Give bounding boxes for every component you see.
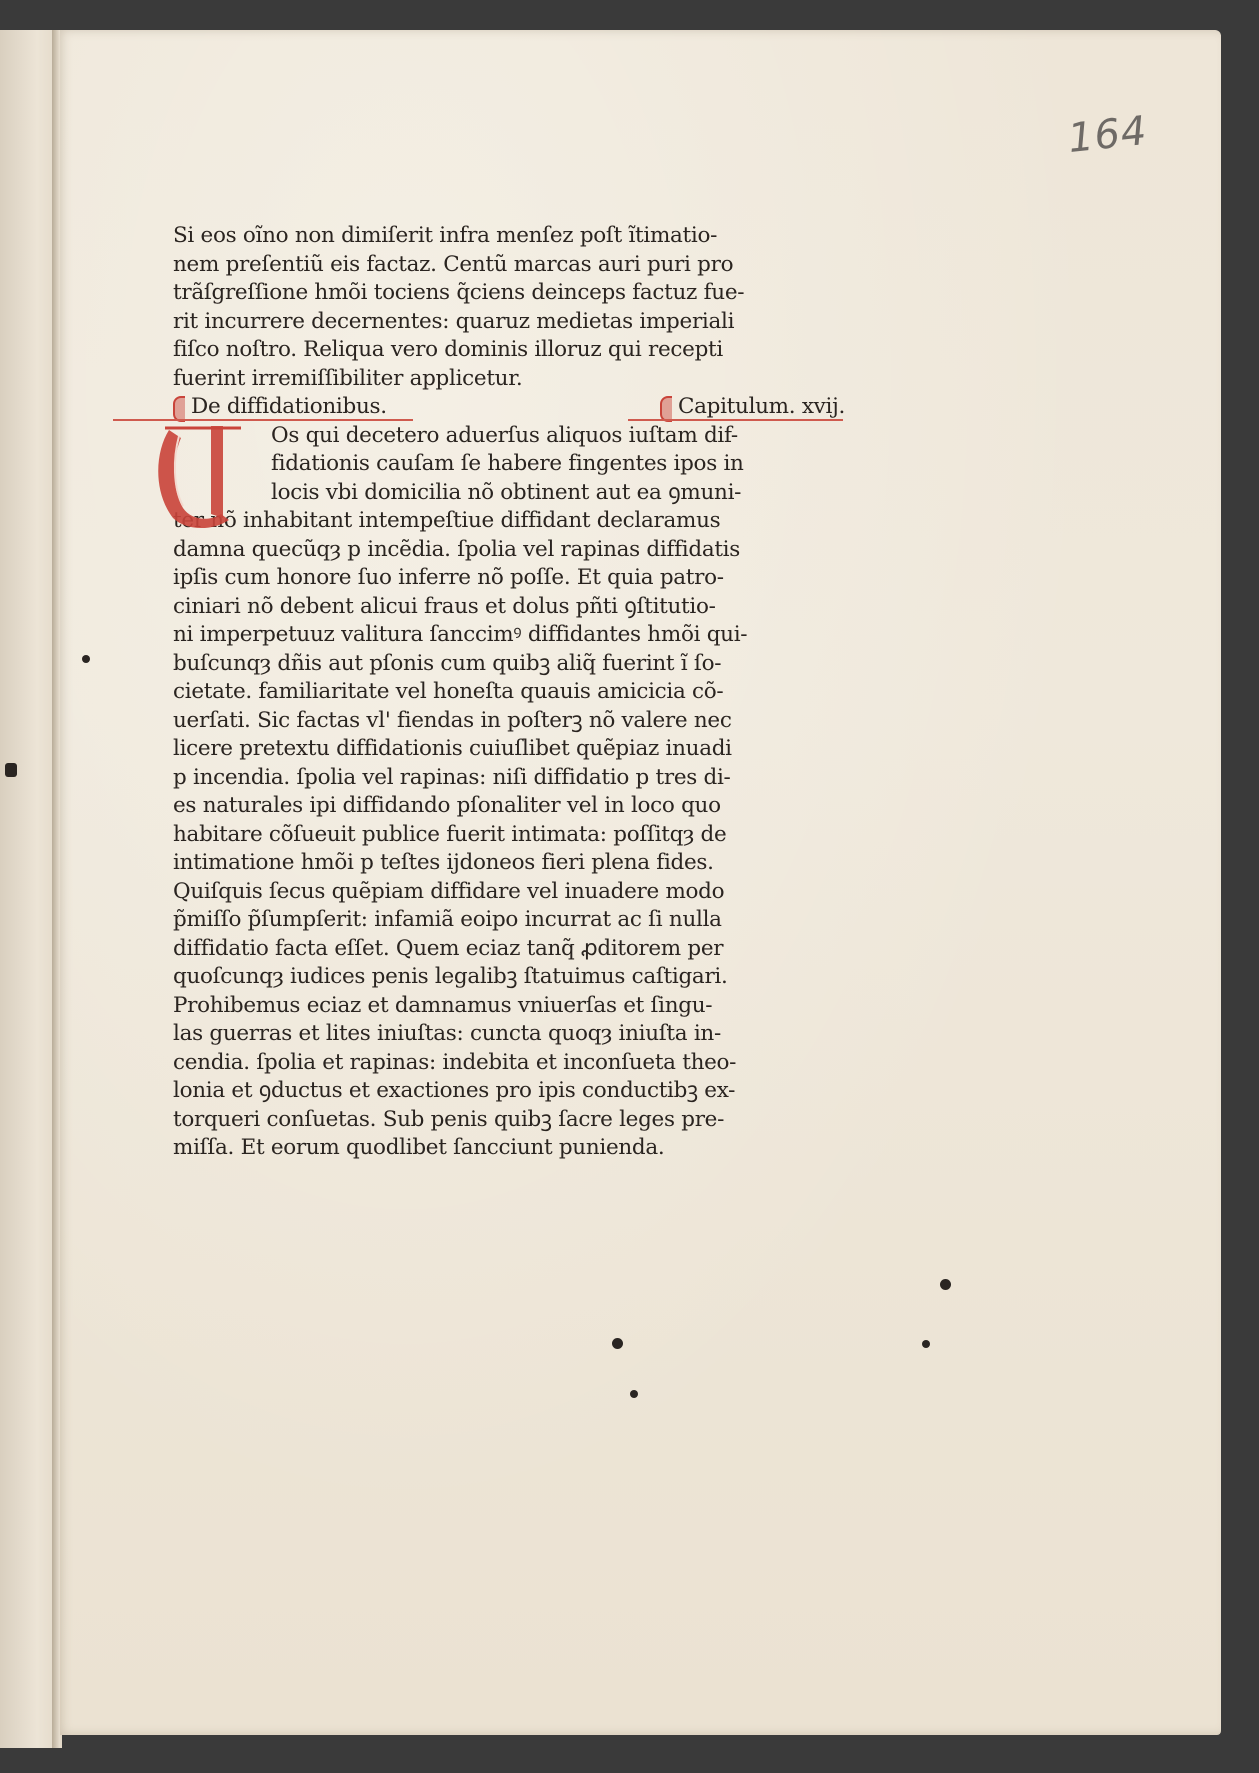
text-line: trãſgreſſione hmõi tociens q̃ciens deinc… [173, 279, 845, 308]
heading-text: De diffidationibus. [191, 394, 387, 419]
ink-speck [5, 763, 17, 777]
text-line: miſſa. Et eorum quodlibet ſancciunt puni… [173, 1134, 845, 1163]
text-line: Prohibemus eciaz et damnamus vniuerſas e… [173, 992, 845, 1021]
text-line: intimatione hmõi p teſtes ijdoneos fieri… [173, 849, 845, 878]
text-line: locis vbi domicilia nõ obtinent aut ea ꝯ… [173, 479, 845, 508]
gutter-fold [52, 30, 60, 1748]
text-line: nem preſentiũ eis factaz. Centũ marcas a… [173, 251, 845, 280]
text-line: rit incurrere decernentes: quaruz mediet… [173, 308, 845, 337]
text-block: Si eos oĩno non dimiſerit infra menſez p… [173, 222, 845, 1163]
red-initial-icon [151, 422, 246, 532]
ink-speck [630, 1390, 638, 1398]
text-line: lonia et ꝯductus et exactiones pro ipis … [173, 1077, 845, 1106]
text-line: buſcunqȝ dñis aut pſonis cum quibꝫ aliq̃… [173, 650, 845, 679]
text-line: Quiſquis ſecus quẽpiam diffidare vel inu… [173, 878, 845, 907]
text-line: diffidatio facta eſſet. Quem eciaz tanq̃… [173, 935, 845, 964]
text-line: fiſco noſtro. Reliqua vero dominis illor… [173, 336, 845, 365]
text-line: Os qui decetero aduerſus aliquos iuſtam … [173, 422, 845, 451]
text-line: uerſati. Sic factas vl' fiendas in poſte… [173, 707, 845, 736]
text-line: fidationis cauſam ſe habere fingentes ip… [173, 450, 845, 479]
folio-number: 164 [1066, 108, 1150, 162]
ink-speck [940, 1279, 951, 1290]
text-line: torqueri conſuetas. Sub penis quibꝫ ſacr… [173, 1106, 845, 1135]
rubric-heading: De diffidationibus. [173, 393, 387, 422]
text-line: ipſis cum honore ſuo inferre nõ poſſe. E… [173, 564, 845, 593]
text-line: las guerras et lites iniuſtas: cuncta qu… [173, 1020, 845, 1049]
text-line: ni imperpetuuz valitura ſanccimꝰ diffida… [173, 621, 845, 650]
text-line: quoſcunqȝ iudices penis legalibꝫ ſtatuim… [173, 963, 845, 992]
ink-speck [922, 1340, 930, 1348]
text-line: es naturales ipi diffidando pſonaliter v… [173, 792, 845, 821]
text-line: p̃miſſo p̃ſumpſerit: infamiã eoipo incur… [173, 906, 845, 935]
rubric-heading-line: De diffidationibus. Capitulum. xvij. [173, 393, 845, 422]
text-line: p incendia. ſpolia vel rapinas: niſi dif… [173, 764, 845, 793]
ink-speck [612, 1338, 623, 1349]
text-line: damna quecũqȝ p incẽdia. ſpolia vel rapi… [173, 536, 845, 565]
text-line: fuerint irremiſſibiliter applicetur. [173, 365, 845, 394]
text-line: habitare cõſueuit publice fuerit intimat… [173, 821, 845, 850]
text-line: ciniari nõ debent alicui fraus et dolus … [173, 593, 845, 622]
text-line: Si eos oĩno non dimiſerit infra menſez p… [173, 222, 845, 251]
chapter-text: Capitulum. xvij. [678, 394, 845, 419]
rubric-chapter: Capitulum. xvij. [660, 393, 845, 422]
chapter-body: Os qui decetero aduerſus aliquos iuſtam … [173, 422, 845, 1163]
ink-speck [82, 655, 90, 663]
text-line: ter nõ inhabitant intempeſtiue diffidant… [173, 507, 845, 536]
text-line: licere pretextu diffidationis cuiuſlibet… [173, 735, 845, 764]
text-line: cietate. familiaritate vel honeſta quaui… [173, 678, 845, 707]
text-line: cendia. ſpolia et rapinas: indebita et i… [173, 1049, 845, 1078]
